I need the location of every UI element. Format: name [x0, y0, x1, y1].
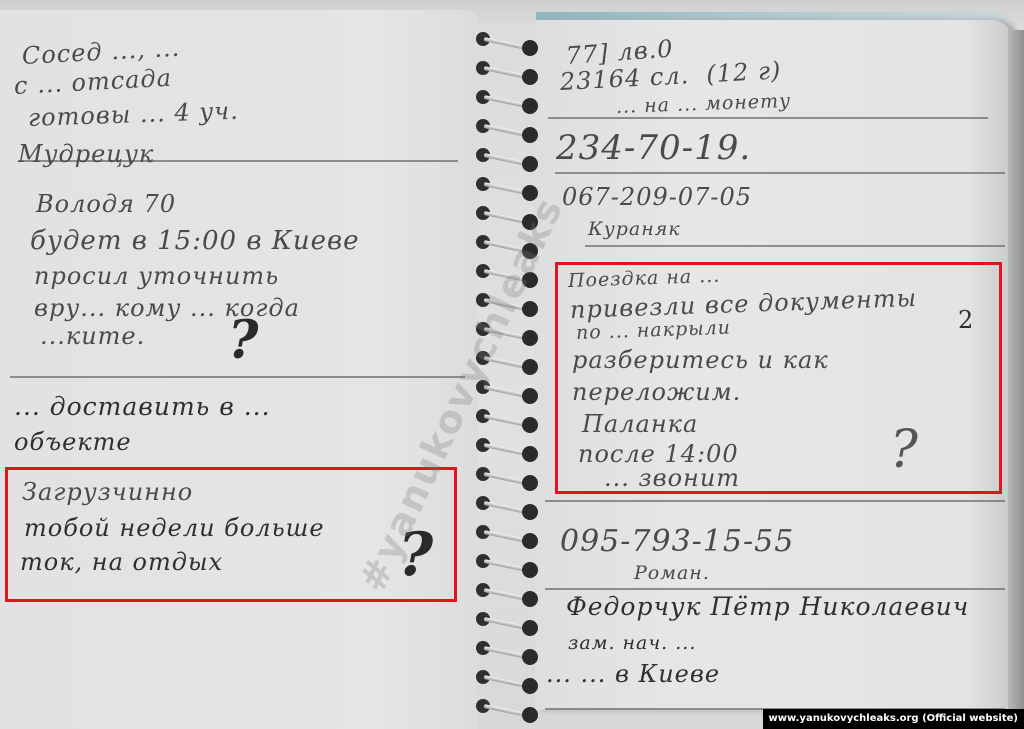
spiral-coil [476, 409, 538, 423]
handwritten-line: вру... кому ... когда [34, 294, 300, 322]
spiral-coil [476, 554, 538, 568]
rule-line [10, 376, 465, 378]
handwritten-line: Паланка [582, 410, 698, 438]
spiral-coil [476, 670, 538, 684]
spiral-coil [476, 148, 538, 162]
spiral-coil [476, 699, 538, 713]
spiral-coil [476, 525, 538, 539]
handwritten-line: разберитесь и как [572, 346, 829, 374]
spiral-coil [476, 612, 538, 626]
handwritten-line: переложим. [572, 378, 741, 406]
handwritten-line: Федорчук Пётр Николаевич [566, 592, 969, 621]
handwritten-line: ... ... в Киеве [546, 660, 720, 688]
handwritten-line: Мудрецук [18, 140, 154, 168]
handwritten-line: Роман. [634, 562, 710, 584]
handwritten-line: тобой недели больше [24, 514, 325, 542]
rule-line [545, 500, 1005, 502]
side-number-annotation: 2 [958, 306, 974, 334]
spiral-coil [476, 32, 538, 46]
spiral-coil [476, 119, 538, 133]
spiral-coil [476, 496, 538, 510]
source-credit: www.yanukovychleaks.org (Official websit… [763, 709, 1024, 729]
rule-line [548, 117, 988, 119]
spiral-coil [476, 438, 538, 452]
spiral-coil [476, 467, 538, 481]
rule-line [555, 172, 1005, 174]
spiral-coil [476, 641, 538, 655]
question-mark-annotation: ? [890, 420, 918, 480]
handwritten-line: Кураняк [588, 218, 681, 240]
phone-number: 067-209-07-05 [562, 183, 752, 211]
handwritten-line: зам. нач. ... [568, 632, 696, 654]
handwritten-line: ...ките. [40, 322, 145, 350]
spiral-coil [476, 177, 538, 191]
handwritten-line: ... звонит [604, 464, 740, 492]
question-mark-annotation: ? [228, 310, 258, 371]
rule-line [585, 245, 1005, 247]
handwritten-line: будет в 15:00 в Киеве [30, 226, 360, 256]
spiral-coil [476, 61, 538, 75]
rule-line [545, 588, 1005, 590]
handwritten-line: Загрузчинно [22, 478, 193, 506]
handwritten-line: объекте [14, 428, 132, 456]
page-edge-shadow [1008, 30, 1024, 710]
handwritten-line: Володя 70 [36, 190, 176, 218]
handwritten-line: ток, на отдых [20, 548, 223, 576]
spiral-coil [476, 583, 538, 597]
phone-number: 234-70-19. [556, 128, 751, 168]
spiral-coil [476, 90, 538, 104]
handwritten-line: ... доставить в ... [14, 392, 280, 421]
handwritten-line: просил уточнить [34, 262, 279, 290]
phone-number: 095-793-15-55 [560, 524, 794, 559]
